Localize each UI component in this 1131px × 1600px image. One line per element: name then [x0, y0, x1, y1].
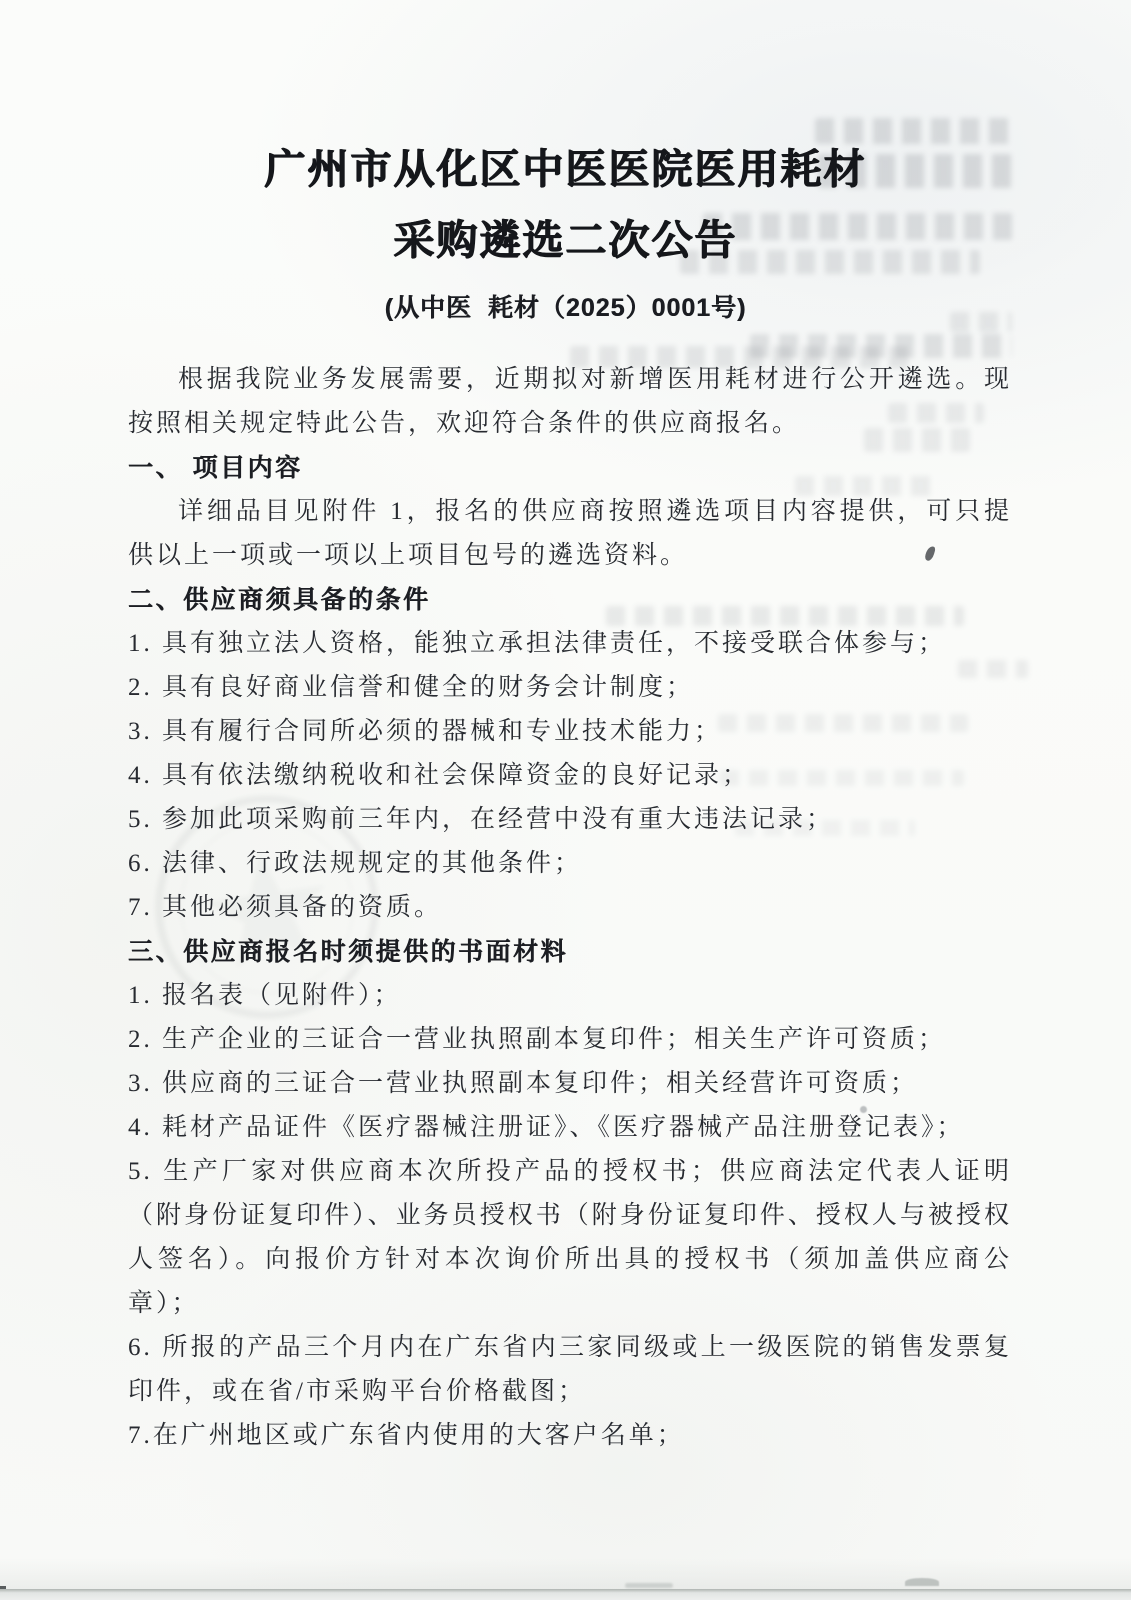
list-item: 7.在广州地区或广东省内使用的大客户名单；: [128, 1414, 1012, 1458]
scan-edge-shadow: [0, 1558, 1131, 1589]
list-item: 1. 报名表（见附件）；: [128, 974, 1012, 1018]
bleedthrough-text: [750, 334, 1012, 358]
list-item: 4. 耗材产品证件《医疗器械注册证》、《医疗器械产品注册登记表》；: [128, 1106, 1012, 1150]
document-number: (从中医 耗材（2025）0001号): [0, 288, 1131, 324]
list-item: 4. 具有依法缴纳税收和社会保障资金的良好记录；: [128, 754, 1012, 798]
document-title-line2: 采购遴选二次公告: [0, 207, 1131, 266]
list-item: 7. 其他必须具备的资质。: [128, 886, 1012, 930]
list-item: 6. 法律、行政法规规定的其他条件；: [128, 842, 1012, 886]
scan-edge: [0, 1589, 1131, 1600]
list-item: 5. 生产厂家对供应商本次所投产品的授权书；供应商法定代表人证明（附身份证复印件…: [128, 1150, 1012, 1326]
section-heading: 三、供应商报名时须提供的书面材料: [128, 930, 1012, 974]
scanned-document-page: 广州市从化区中医医院医用耗材 采购遴选二次公告 (从中医 耗材（2025）000…: [0, 0, 1131, 1600]
scan-artifact: [905, 1578, 939, 1586]
section-heading: 二、供应商须具备的条件: [128, 578, 1012, 622]
list-item: 2. 具有良好商业信誉和健全的财务会计制度；: [128, 666, 1012, 710]
scan-artifact: [625, 1583, 673, 1588]
list-item: 5. 参加此项采购前三年内，在经营中没有重大违法记录；: [128, 798, 1012, 842]
document-title-line1: 广州市从化区中医医院医用耗材: [0, 136, 1131, 195]
scan-artifact: [0, 1586, 6, 1593]
section-heading: 一、 项目内容: [128, 446, 1012, 490]
document-body: 根据我院业务发展需要，近期拟对新增医用耗材进行公开遴选。现按照相关规定特此公告，…: [128, 358, 1012, 1458]
list-item: 6. 所报的产品三个月内在广东省内三家同级或上一级医院的销售发票复印件，或在省/…: [128, 1326, 1012, 1414]
paragraph: 详细品目见附件 1，报名的供应商按照遴选项目内容提供，可只提供以上一项或一项以上…: [128, 490, 1012, 578]
list-item: 2. 生产企业的三证合一营业执照副本复印件；相关生产许可资质；: [128, 1018, 1012, 1062]
list-item: 1. 具有独立法人资格，能独立承担法律责任，不接受联合体参与；: [128, 622, 1012, 666]
paragraph: 根据我院业务发展需要，近期拟对新增医用耗材进行公开遴选。现按照相关规定特此公告，…: [128, 358, 1012, 446]
list-item: 3. 具有履行合同所必须的器械和专业技术能力；: [128, 710, 1012, 754]
list-item: 3. 供应商的三证合一营业执照副本复印件；相关经营许可资质；: [128, 1062, 1012, 1106]
